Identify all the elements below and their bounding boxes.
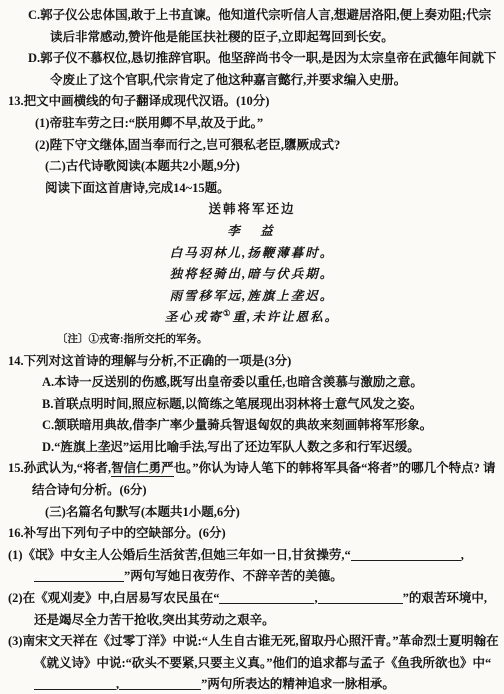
q16-item-2-text: (2)在《观刈麦》中,白居易写农民虽在“ [8,591,219,605]
q16-item-3-text: ”两句所表达的精神追求一脉相承。 [201,677,395,691]
q13-item-1: (1)帝驻车劳之曰:“朕用卿不早,故及于此。” [35,113,499,135]
answer-blank [219,591,314,604]
poem-line-4-text: 圣心戎寄 [165,310,223,324]
poem-line-4: 圣心戎寄①重,未许让恩私。 [5,307,499,329]
q16-item-3: (3)南宋文天祥在《过零丁洋》中说:“人生自古谁无死,留取丹心照汗青。”革命烈士… [8,631,499,694]
poem-line-2: 独将轻骑出,暗与伏兵期。 [5,264,499,286]
question-13-stem: 13.把文中画横线的句子翻译成现代汉语。(10分) [8,91,499,113]
section-2-intro: 阅读下面这首唐诗,完成14~15题。 [45,178,499,200]
option-text: 郭子仪不慕权位,恳切推辞官职。他坚辞尚书令一职,是因为太宗皇帝在武德年间就下令废… [40,51,496,87]
answer-blank [351,548,461,561]
poem-author: 李 益 [5,221,499,243]
answer-blank [318,591,403,604]
section-3-header: (三)名篇名句默写(本题共1小题,6分) [45,502,499,524]
poem-title: 送韩将军还边 [5,199,499,221]
q16-item-1-text: ”两句写她日夜劳作、不辞辛苦的美德。 [124,569,343,583]
poem-line-4-text: 重,未许让恩私。 [233,310,340,324]
q15-text: 15.孙武认为,“将者, [8,461,111,475]
answer-blank [34,569,124,582]
option-label: D. [28,51,40,65]
answer-blank [119,677,201,690]
passage-option-d: D.郭子仪不慕权位,恳切推辞官职。他坚辞尚书令一职,是因为太宗皇帝在武德年间就下… [5,48,499,91]
q16-item-1: (1)《氓》中女主人公婚后生活贫苦,但她三年如一日,甘贫操劳,“,”两句写她日夜… [8,545,499,588]
option-label: C. [28,8,40,22]
q16-item-3-text: (3)南宋文天祥在《过零丁洋》中说:“人生自古谁无死,留取丹心照汗青。”革命烈士… [8,634,499,670]
q14-option-d: D.“旌旗上垄迟”运用比喻手法,写出了还边军队人数之多和行军迟缓。 [42,437,499,459]
poem-note: 〔注〕①戎寄:指所交托的军务。 [57,329,499,351]
q14-option-b: B.首联点明时间,照应标题,以简练之笔展现出羽林将士意气风发之姿。 [42,394,499,416]
exam-page: C.郭子仪公忠体国,敢于上书直谏。他知道代宗听信人言,想避居洛阳,便上奏劝阻;代… [0,0,504,694]
poem-line-3: 雨雪移军远,旌旗上垄迟。 [5,286,499,308]
q16-item-1-sep: , [461,548,464,562]
passage-option-c: C.郭子仪公忠体国,敢于上书直谏。他知道代宗听信人言,想避居洛阳,便上奏劝阻;代… [5,5,499,48]
footnote-marker: ① [223,308,233,318]
section-2-header: (二)古代诗歌阅读(本题共2小题,9分) [45,156,499,178]
q13-item-2: (2)陛下守文继体,固当奉而行之,岂可猥私老臣,隳厥成式? [35,135,499,157]
question-15: 15.孙武认为,“将者,智信仁勇严也。”你认为诗人笔下的韩将军具备“将者”的哪几… [8,458,499,501]
question-14-stem: 14.下列对这首诗的理解与分析,不正确的一项是(3分) [8,351,499,373]
q14-option-a: A.本诗一反送别的伤感,既写出皇帝委以重任,也暗含羡慕与激励之意。 [42,372,499,394]
q16-item-1-text: (1)《氓》中女主人公婚后生活贫苦,但她三年如一日,甘贫操劳,“ [8,548,351,562]
option-text: 郭子仪公忠体国,敢于上书直谏。他知道代宗听信人言,想避居洛阳,便上奏劝阻;代宗读… [40,8,491,44]
q15-underlined-quote: 智信仁勇严 [111,461,174,477]
q14-option-c: C.颔联暗用典故,借李广率少量骑兵智退匈奴的典故来刻画韩将军形象。 [42,415,499,437]
poem-line-1: 白马羽林儿,扬鞭薄暮时。 [5,243,499,265]
answer-blank [34,677,116,690]
question-16-stem: 16.补写出下列句子中的空缺部分。(6分) [8,523,499,545]
q16-item-2: (2)在《观刈麦》中,白居易写农民虽在“,”的艰苦环境中,还是竭尽全力苦干抢收,… [8,588,499,631]
